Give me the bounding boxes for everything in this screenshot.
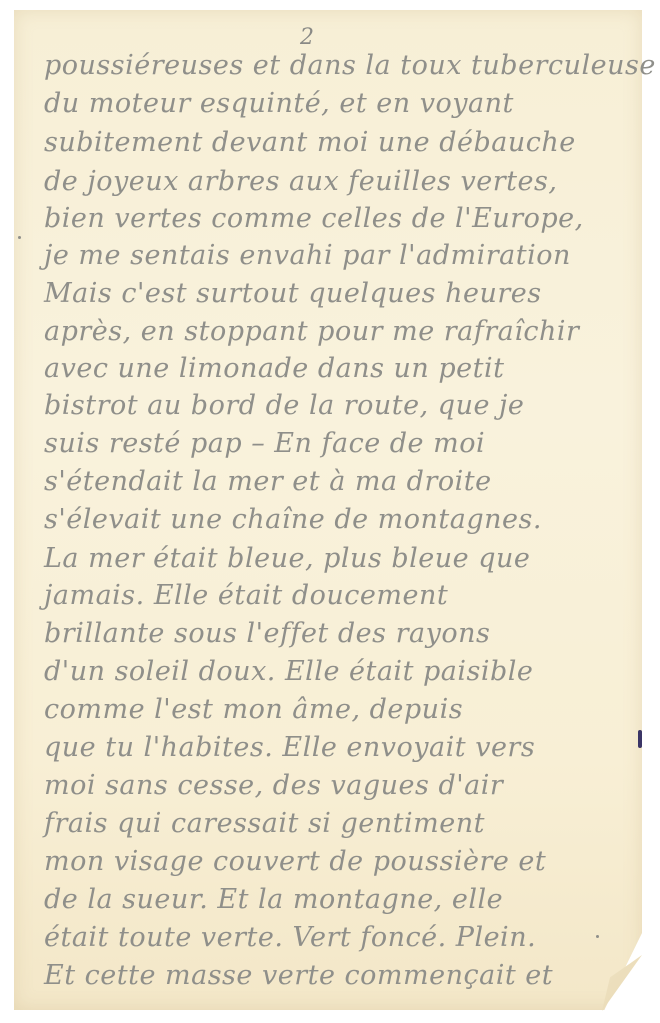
- ink-mark: [638, 730, 642, 748]
- handwritten-line: comme l'est mon âme, depuis: [44, 694, 463, 725]
- paper-speck: [18, 236, 21, 239]
- handwritten-line: d'un soleil doux. Elle était paisible: [44, 656, 533, 687]
- handwritten-line: suis resté pap – En face de moi: [44, 428, 485, 459]
- handwritten-line: du moteur esquinté, et en voyant: [44, 88, 514, 119]
- handwritten-line: après, en stoppant pour me rafraîchir: [44, 316, 579, 347]
- handwritten-line: moi sans cesse, des vagues d'air: [44, 770, 503, 801]
- handwritten-line: s'élevait une chaîne de montagnes.: [44, 504, 542, 535]
- handwritten-line: je me sentais envahi par l'admiration: [44, 240, 571, 271]
- handwritten-line: jamais. Elle était doucement: [44, 580, 448, 611]
- handwritten-line: que tu l'habites. Elle envoyait vers: [44, 732, 535, 763]
- handwritten-line: subitement devant moi une débauche: [44, 127, 576, 158]
- handwritten-line: bistrot au bord de la route, que je: [44, 390, 524, 421]
- handwritten-line: poussiéreuses et dans la toux tuberculeu…: [44, 50, 656, 81]
- handwritten-line: brillante sous l'effet des rayons: [44, 618, 490, 649]
- handwritten-line: mon visage couvert de poussière et: [44, 846, 546, 877]
- handwritten-line: bien vertes comme celles de l'Europe,: [44, 203, 584, 234]
- handwritten-line: était toute verte. Vert foncé. Plein.: [44, 922, 536, 953]
- handwritten-line: s'étendait la mer et à ma droite: [44, 466, 492, 497]
- handwritten-line: de la sueur. Et la montagne, elle: [44, 884, 503, 915]
- paper-speck: [596, 935, 599, 938]
- handwritten-line: Mais c'est surtout quelques heures: [44, 278, 542, 309]
- handwritten-line: frais qui caressait si gentiment: [44, 808, 485, 839]
- handwritten-line: avec une limonade dans un petit: [44, 353, 505, 384]
- handwritten-line: de joyeux arbres aux feuilles vertes,: [44, 166, 557, 197]
- handwritten-line: La mer était bleue, plus bleue que: [44, 543, 530, 574]
- page-number: 2: [300, 25, 314, 50]
- handwritten-line: Et cette masse verte commençait et: [44, 960, 553, 991]
